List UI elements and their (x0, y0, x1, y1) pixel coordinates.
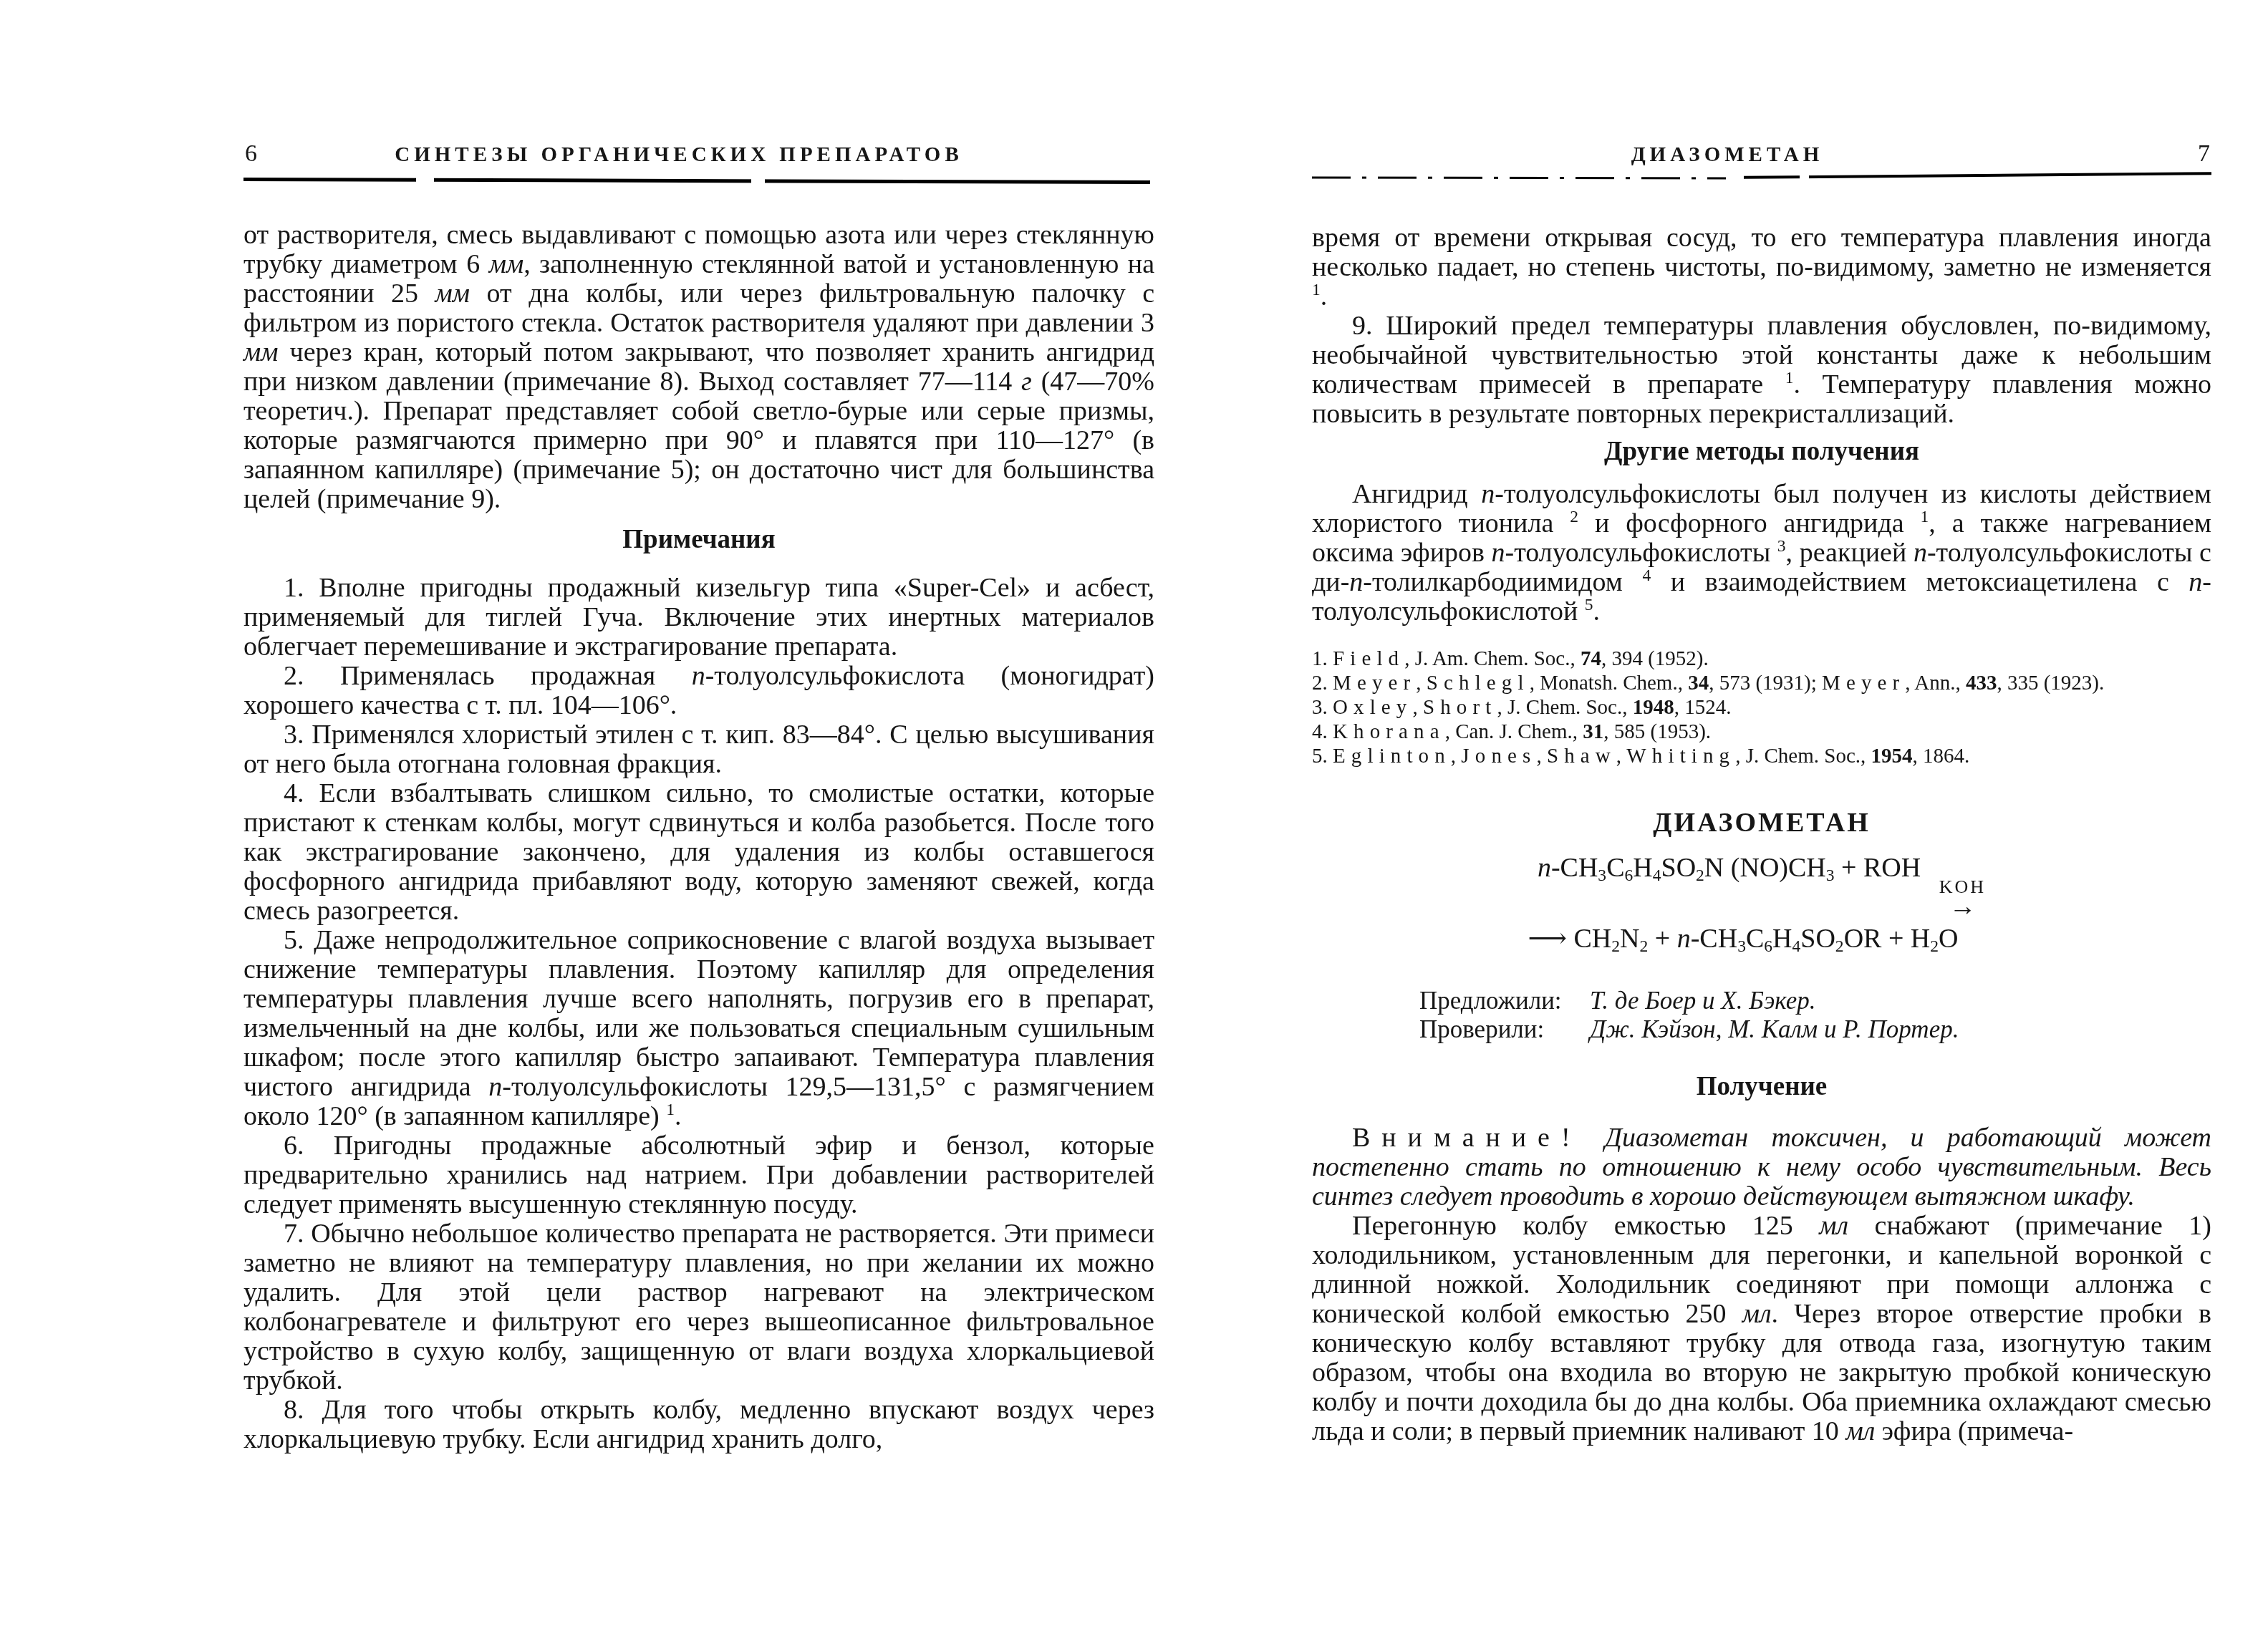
reference-item-1: 1. Field, J. Am. Chem. Soc., 74, 394 (19… (1312, 647, 2211, 671)
other-methods-heading: Другие методы получения (1312, 436, 2211, 467)
running-title-right: ДИАЗОМЕТАН (1278, 143, 2177, 167)
continued-paragraph: время от времени открывая сосуд, то его … (1312, 223, 2211, 311)
procedure-paragraph: Перегонную колбу емкостью 125 мл снабжаю… (1312, 1212, 2211, 1446)
page-left: 6 СИНТЕЗЫ ОРГАНИЧЕСКИХ ПРЕПАРАТОВ от рас… (243, 0, 1154, 1649)
note-item-2: 2. Применялась продажная n-толуолсульфок… (243, 662, 1154, 720)
attribution-block: Предложили: Т. де Боер и Х. Бэкер. Прове… (1419, 987, 2211, 1044)
proposed-by-line: Предложили: Т. де Боер и Х. Бэкер. (1419, 987, 2211, 1015)
reference-item-5: 5. Eglinton, Jones, Shaw, Whiting, J. Ch… (1312, 744, 2211, 768)
note-item-1: 1. Вполне пригодны продажный кизельгур т… (243, 574, 1154, 662)
checked-by-names: Дж. Кэйзон, М. Калм и Р. Портер. (1590, 1015, 1959, 1044)
continued-paragraph: от растворителя, смесь выдавливают с пом… (243, 221, 1154, 514)
note-item-5: 5. Даже непродолжительное соприкосновени… (243, 926, 1154, 1131)
header-rule-left (243, 178, 1154, 185)
checked-by-label: Проверили: (1419, 1015, 1590, 1044)
reference-item-3: 3. Oxley, Short, J. Chem. Soc., 1948, 15… (1312, 695, 2211, 720)
formula-line-2: ⟶ CH2N2 + n-CH3C6H4SO2OR + H2O (1293, 917, 2193, 961)
reference-item-2: 2. Meyer, Schlegl, Monatsh. Chem., 34, 5… (1312, 671, 2211, 695)
note-item-6: 6. Пригодны продажные абсолютный эфир и … (243, 1131, 1154, 1219)
formula-line-1: n-CH3C6H4SO2N (NO)CH3 + ROH KOH→ (1312, 846, 2211, 917)
running-head-left: 6 СИНТЕЗЫ ОРГАНИЧЕСКИХ ПРЕПАРАТОВ (243, 139, 1154, 176)
proposed-by-label: Предложили: (1419, 987, 1590, 1015)
page-right: ДИАЗОМЕТАН 7 время от времени открывая с… (1312, 0, 2211, 1649)
reference-list: 1. Field, J. Am. Chem. Soc., 74, 394 (19… (1312, 647, 2211, 768)
reference-item-4: 4. Khorana, Can. J. Chem., 31, 585 (1953… (1312, 720, 2211, 744)
proposed-by-names: Т. де Боер и Х. Бэкер. (1590, 987, 1816, 1015)
page-right-body: время от времени открывая сосуд, то его … (1312, 223, 2211, 1446)
note-item-9: 9. Широкий предел температуры плавления … (1312, 311, 2211, 429)
note-item-8: 8. Для того чтобы открыть колбу, медленн… (243, 1396, 1154, 1454)
running-head-right: ДИАЗОМЕТАН 7 (1312, 139, 2211, 176)
notes-heading: Примечания (243, 524, 1154, 555)
note-item-7: 7. Обычно небольшое количество препарата… (243, 1219, 1154, 1396)
reaction-formula: n-CH3C6H4SO2N (NO)CH3 + ROH KOH→ ⟶ CH2N2… (1312, 846, 2211, 961)
running-title-left: СИНТЕЗЫ ОРГАНИЧЕСКИХ ПРЕПАРАТОВ (223, 143, 1134, 167)
note-item-3: 3. Применялся хлористый этилен с т. кип.… (243, 720, 1154, 779)
note-item-4: 4. Если взбалтывать слишком сильно, то с… (243, 779, 1154, 926)
page-left-body: от растворителя, смесь выдавливают с пом… (243, 221, 1154, 1454)
page-number-right: 7 (2198, 140, 2210, 168)
other-methods-paragraph: Ангидрид n-толуолсульфокислоты был получ… (1312, 480, 2211, 627)
checked-by-line: Проверили: Дж. Кэйзон, М. Калм и Р. Порт… (1419, 1015, 2211, 1044)
diazomethane-heading: ДИАЗОМЕТАН (1312, 807, 2211, 838)
warning-paragraph: Внимание! Диазометан токсичен, и работаю… (1312, 1123, 2211, 1212)
preparation-heading: Получение (1312, 1071, 2211, 1102)
header-rule-right (1312, 172, 2211, 179)
